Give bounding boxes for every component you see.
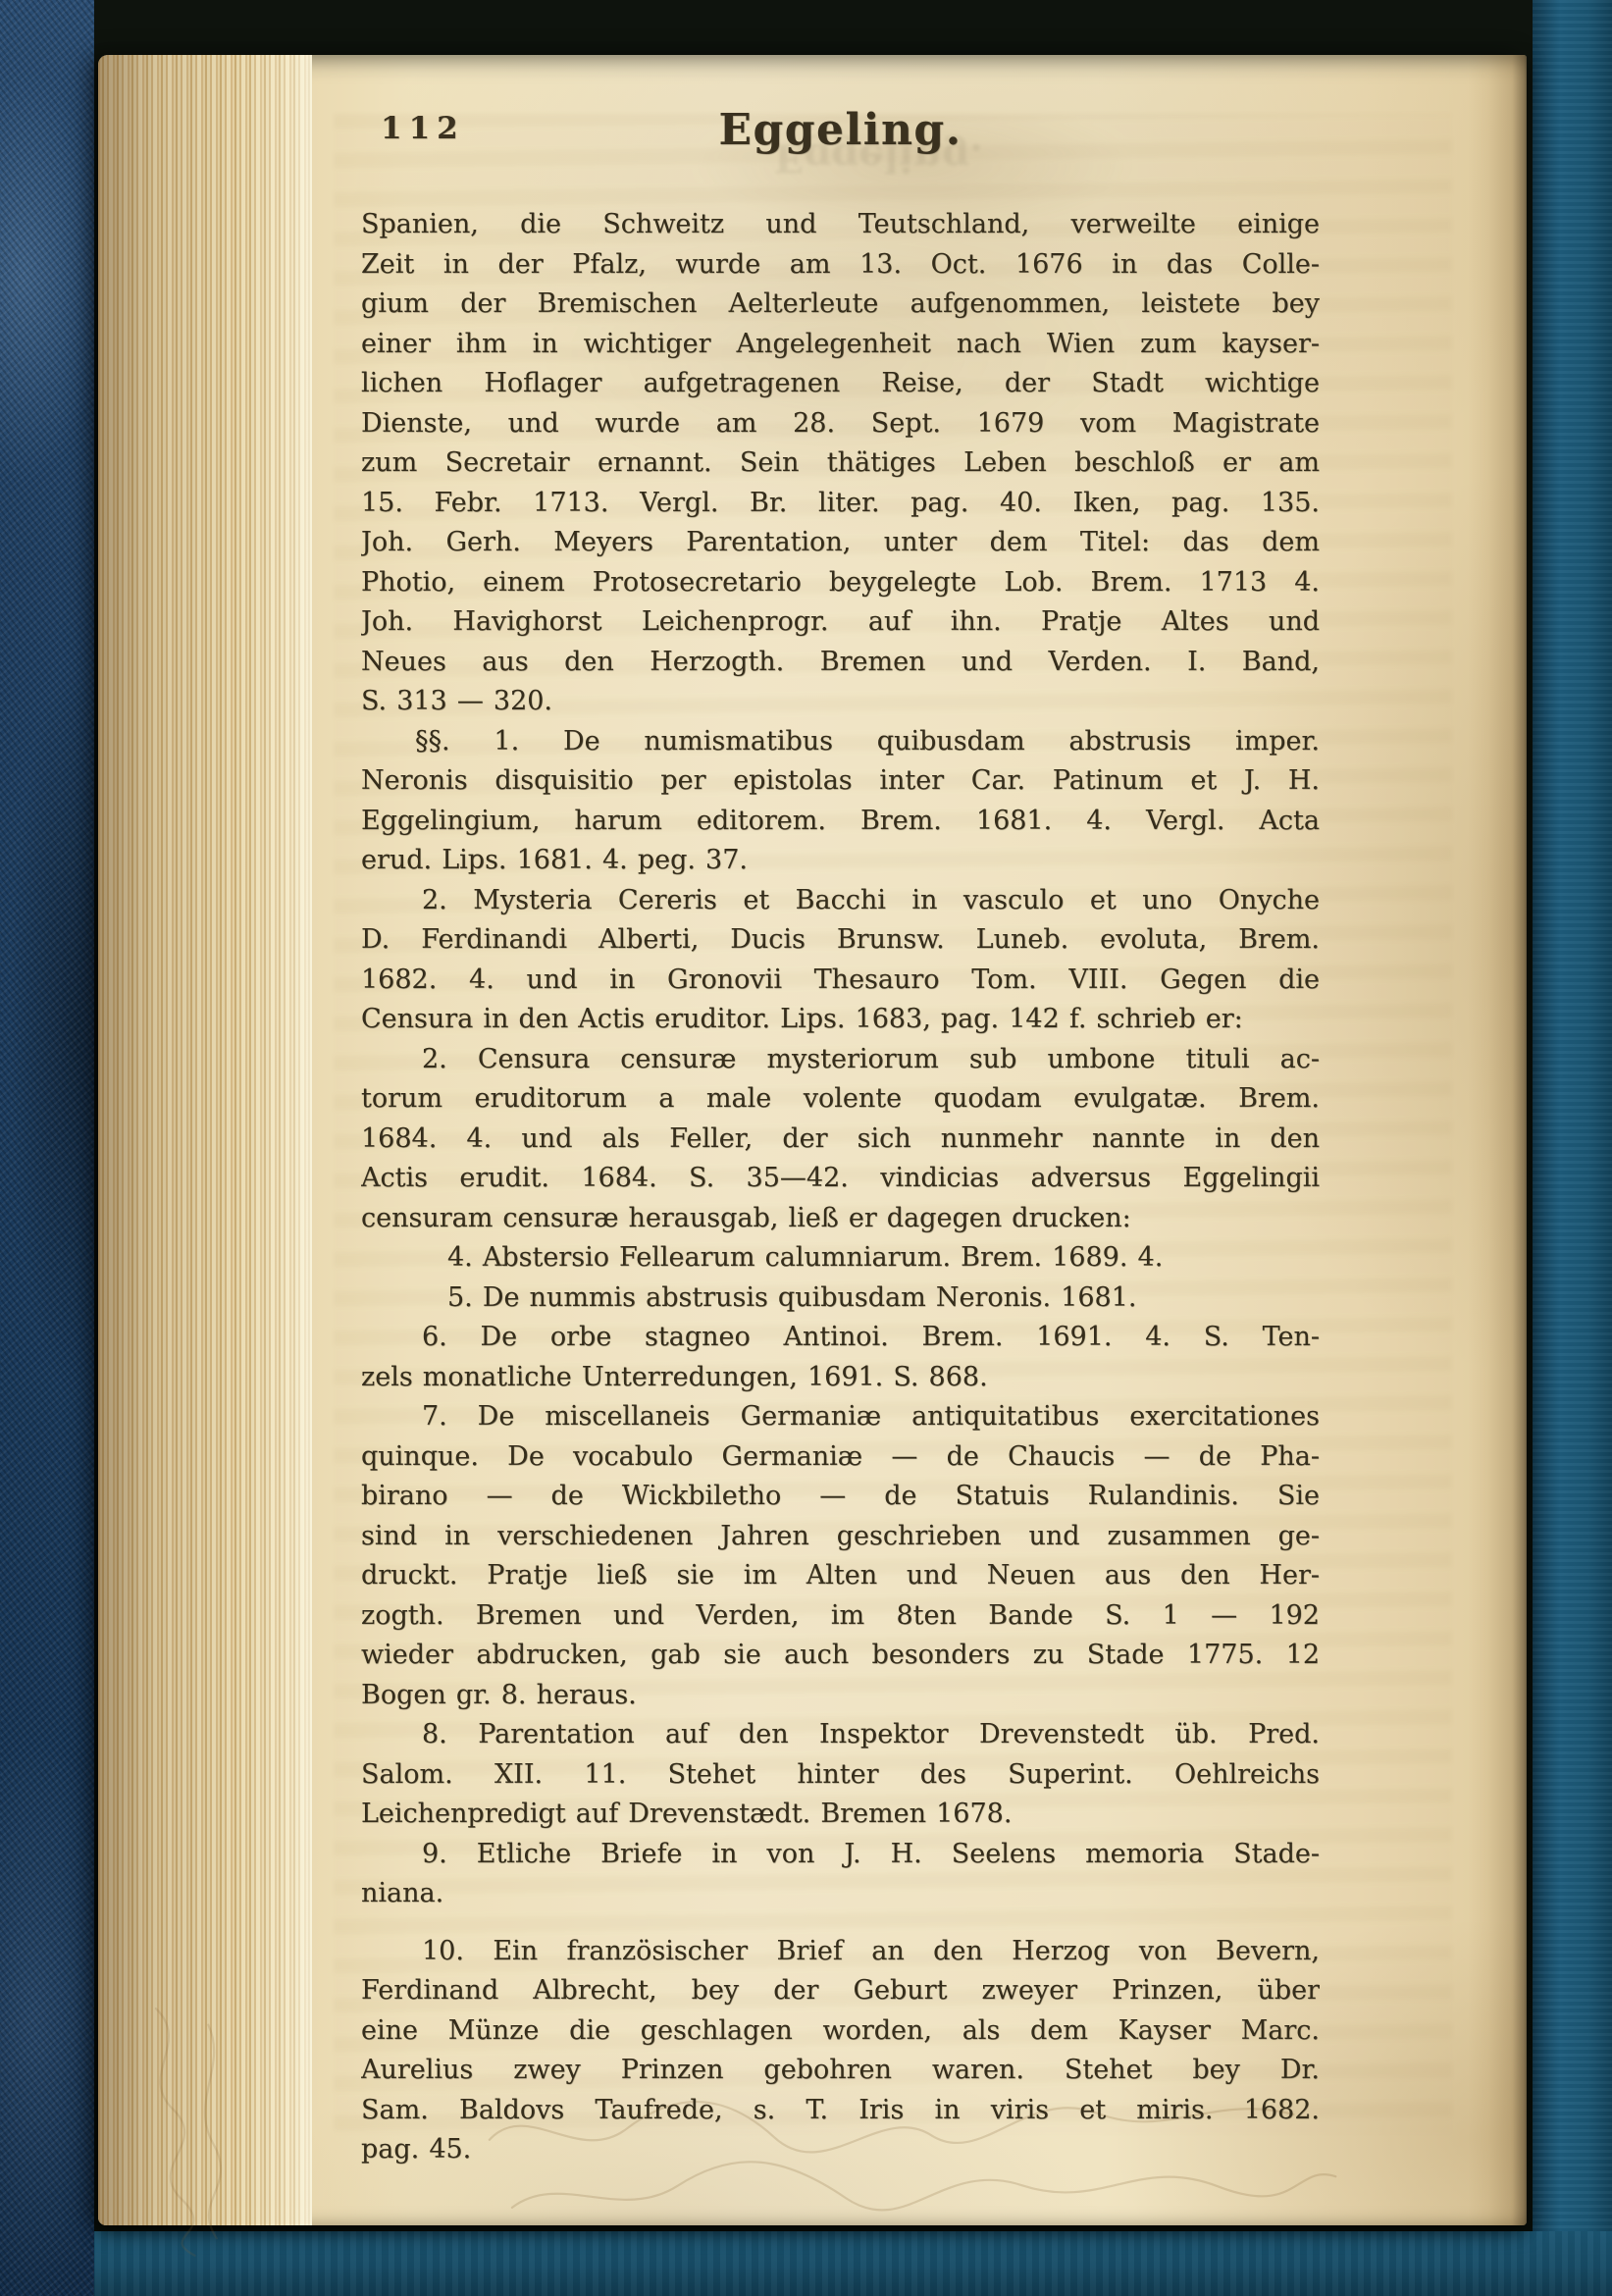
text-line: Dienste, und wurde am 28. Sept. 1679 vom…	[361, 404, 1320, 444]
text-line: quinque. De vocabulo Germaniæ — de Chauc…	[361, 1437, 1320, 1478]
text-line: Bogen gr. 8. heraus.	[361, 1676, 1320, 1716]
text-line: 1684. 4. und als Feller, der sich nunmeh…	[361, 1120, 1320, 1160]
text-line: zels monatliche Unterredungen, 1691. S. …	[361, 1358, 1320, 1398]
text-line: erud. Lips. 1681. 4. peg. 37.	[361, 841, 1320, 881]
text-line: 2. Censura censuræ mysteriorum sub umbon…	[361, 1040, 1320, 1080]
text-block: 112 Eggeling. Eggeling. Spanien, die Sch…	[361, 105, 1320, 2170]
text-line: Censura in den Actis eruditor. Lips. 168…	[361, 1000, 1320, 1040]
text-line: Salom. XII. 11. Stehet hinter des Superi…	[361, 1755, 1320, 1796]
text-line: Aurelius zwey Prinzen gebohren waren. St…	[361, 2051, 1320, 2091]
text-line: Actis erudit. 1684. S. 35—42. vindicias …	[361, 1159, 1320, 1199]
book-cover-spine	[0, 0, 94, 2296]
text-line: eine Münze die geschlagen worden, als de…	[361, 2011, 1320, 2052]
text-line: Ferdinand Albrecht, bey der Geburt zweye…	[361, 1971, 1320, 2011]
text-line: 10. Ein französischer Brief an den Herzo…	[361, 1932, 1320, 1972]
book-cover-bottom-edge	[82, 2231, 1612, 2296]
text-line: einer ihm in wichtiger Angelegenheit nac…	[361, 325, 1320, 365]
text-line: birano — de Wickbiletho — de Statuis Rul…	[361, 1477, 1320, 1517]
text-line: 8. Parentation auf den Inspektor Drevens…	[361, 1715, 1320, 1755]
text-line: Leichenpredigt auf Drevenstædt. Bremen 1…	[361, 1795, 1320, 1835]
text-line: §§. 1. De numismatibus quibusdam abstrus…	[361, 722, 1320, 762]
text-line: 7. De miscellaneis Germaniæ antiquitatib…	[361, 1397, 1320, 1437]
text-line: Zeit in der Pfalz, wurde am 13. Oct. 167…	[361, 245, 1320, 286]
page-number: 112	[381, 111, 465, 146]
text-line: Joh. Havighorst Leichenprogr. auf ihn. P…	[361, 602, 1320, 643]
book-cover-right-edge	[1533, 0, 1612, 2296]
text-line: gium der Bremischen Aelterleute aufgenom…	[361, 285, 1320, 325]
text-line: censuram censuræ herausgab, ließ er dage…	[361, 1199, 1320, 1239]
text-line: Neues aus den Herzogth. Bremen und Verde…	[361, 643, 1320, 683]
text-line: 2. Mysteria Cereris et Bacchi in vasculo…	[361, 881, 1320, 921]
text-line: Eggelingium, harum editorem. Brem. 1681.…	[361, 802, 1320, 842]
text-line: sind in verschiedenen Jahren geschrieben…	[361, 1517, 1320, 1557]
text-line: Joh. Gerh. Meyers Parentation, unter dem…	[361, 523, 1320, 563]
text-line: Neronis disquisitio per epistolas inter …	[361, 761, 1320, 802]
text-line: S. 313 — 320.	[361, 682, 1320, 722]
text-line: 1682. 4. und in Gronovii Thesauro Tom. V…	[361, 961, 1320, 1001]
page-stack-edges	[98, 55, 312, 2225]
text-line: druckt. Pratje ließ sie im Alten und Neu…	[361, 1556, 1320, 1596]
text-line: 4. Abstersio Fellearum calumniarum. Brem…	[361, 1238, 1320, 1278]
text-line: 9. Etliche Briefe in von J. H. Seelens m…	[361, 1835, 1320, 1875]
text-line: torum eruditorum a male volente quodam e…	[361, 1079, 1320, 1120]
page-header: 112 Eggeling. Eggeling.	[361, 105, 1320, 150]
text-line: 15. Febr. 1713. Vergl. Br. liter. pag. 4…	[361, 484, 1320, 524]
text-line: zogth. Bremen und Verden, im 8ten Bande …	[361, 1596, 1320, 1637]
body-text: Spanien, die Schweitz und Teutschland, v…	[361, 205, 1320, 2170]
text-line: Photio, einem Protosecretario beygelegte…	[361, 563, 1320, 603]
text-line: lichen Hoflager aufgetragenen Reise, der…	[361, 364, 1320, 404]
book-scan: 112 Eggeling. Eggeling. Spanien, die Sch…	[0, 0, 1612, 2296]
text-line: wieder abdrucken, gab sie auch besonders…	[361, 1636, 1320, 1676]
text-line: Sam. Baldovs Taufrede, s. T. Iris in vir…	[361, 2091, 1320, 2131]
text-line: D. Ferdinandi Alberti, Ducis Brunsw. Lun…	[361, 920, 1320, 961]
text-line: niana.	[361, 1874, 1320, 1914]
running-title: Eggeling.	[361, 105, 1320, 155]
text-line: 5. De nummis abstrusis quibusdam Neronis…	[361, 1278, 1320, 1319]
text-line: pag. 45.	[361, 2130, 1320, 2170]
text-line: Spanien, die Schweitz und Teutschland, v…	[361, 205, 1320, 245]
text-line: zum Secretair ernannt. Sein thätiges Leb…	[361, 444, 1320, 484]
page-right-edge	[1468, 55, 1527, 2225]
text-line: 6. De orbe stagneo Antinoi. Brem. 1691. …	[361, 1318, 1320, 1358]
book-page: 112 Eggeling. Eggeling. Spanien, die Sch…	[98, 55, 1527, 2225]
